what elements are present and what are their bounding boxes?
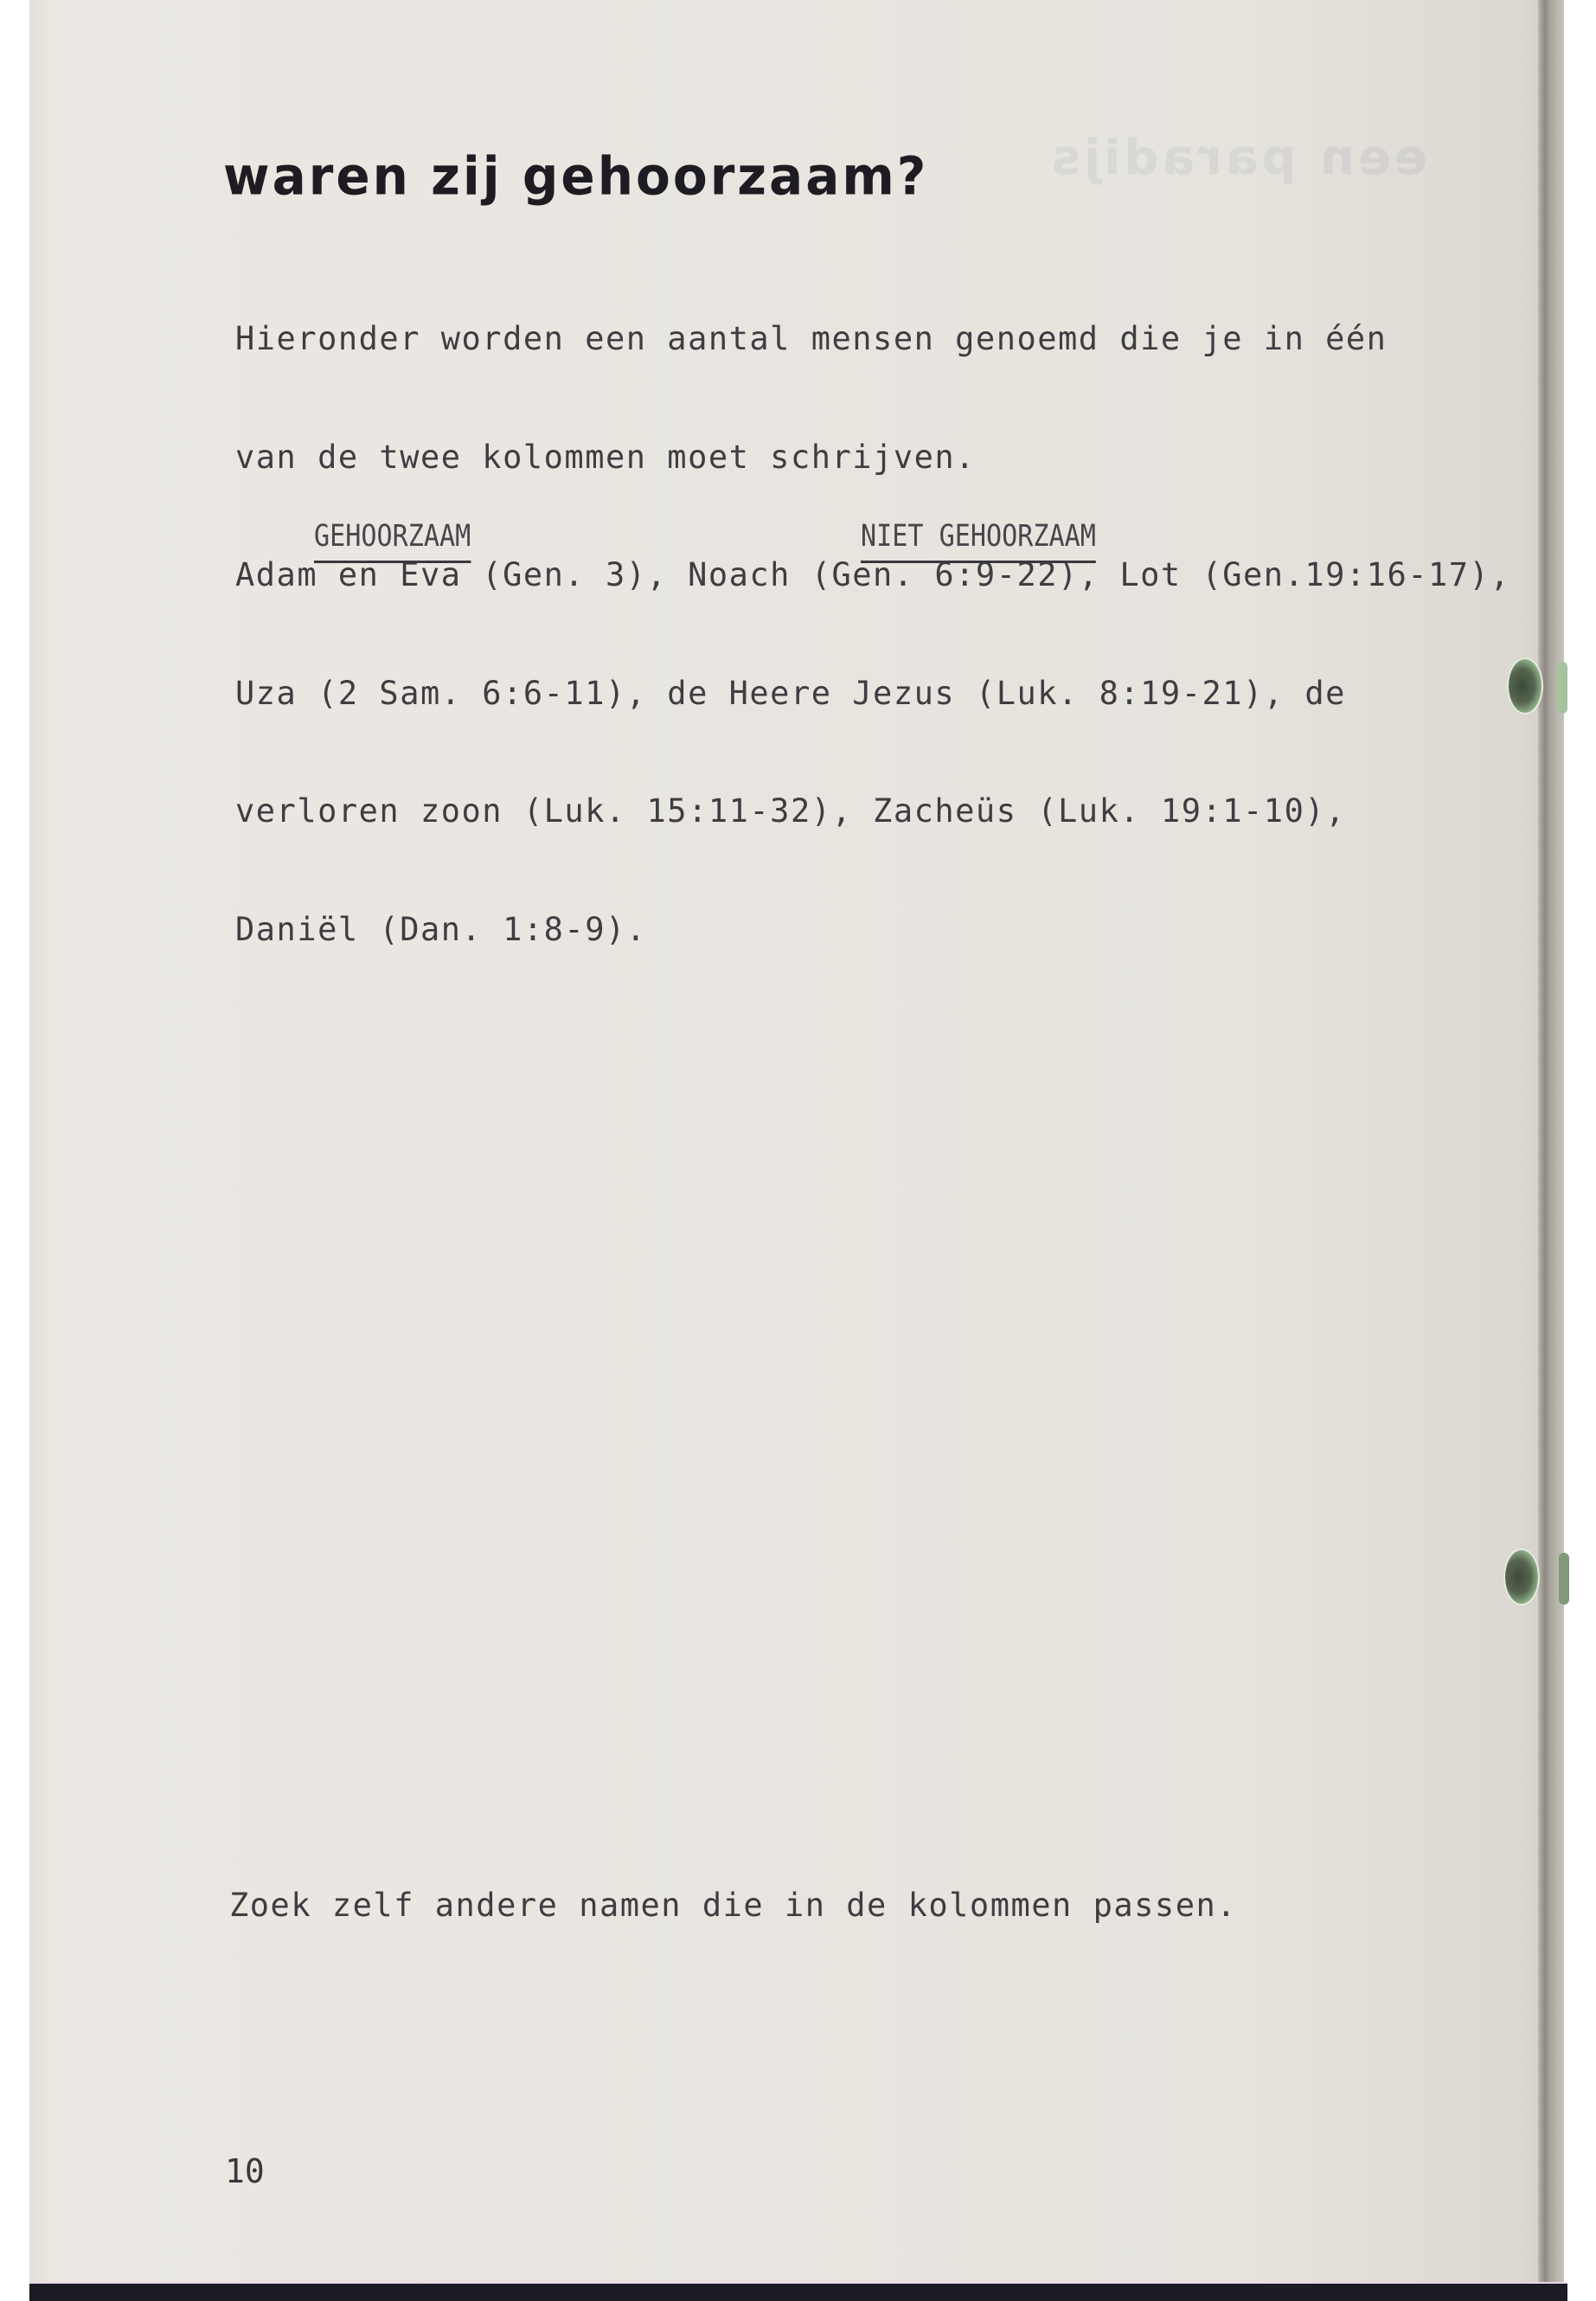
binder-ring-icon <box>1559 1553 1569 1605</box>
punch-hole-icon <box>1503 1548 1540 1606</box>
intro-line: Daniël (Dan. 1:8-9). <box>235 910 1510 950</box>
column-heading-gehoorzaam: GEHOORZAAM <box>314 519 471 563</box>
intro-line: Hieronder worden een aantal mensen genoe… <box>235 319 1510 359</box>
intro-line: van de twee kolommen moet schrijven. <box>235 438 1510 478</box>
scan-bottom-edge <box>29 2282 1567 2301</box>
intro-line: Uza (2 Sam. 6:6-11), de Heere Jezus (Luk… <box>235 674 1510 714</box>
punch-hole-icon <box>1507 657 1543 715</box>
page-left-edge <box>29 0 55 2284</box>
bleed-through-text: een paradijs <box>908 130 1427 208</box>
intro-paragraph: Hieronder worden een aantal mensen genoe… <box>235 240 1510 989</box>
binder-ring-icon <box>1557 662 1567 714</box>
intro-line: verloren zoon (Luk. 15:11-32), Zacheüs (… <box>235 792 1510 831</box>
column-heading-niet-gehoorzaam: NIET GEHOORZAAM <box>861 519 1096 563</box>
footer-instruction: Zoek zelf andere namen die in de kolomme… <box>229 1886 1237 1926</box>
page-title: waren zij gehoorzaam? <box>223 145 928 207</box>
binder-spine <box>1538 0 1564 2301</box>
page-number: 10 <box>225 2152 265 2190</box>
